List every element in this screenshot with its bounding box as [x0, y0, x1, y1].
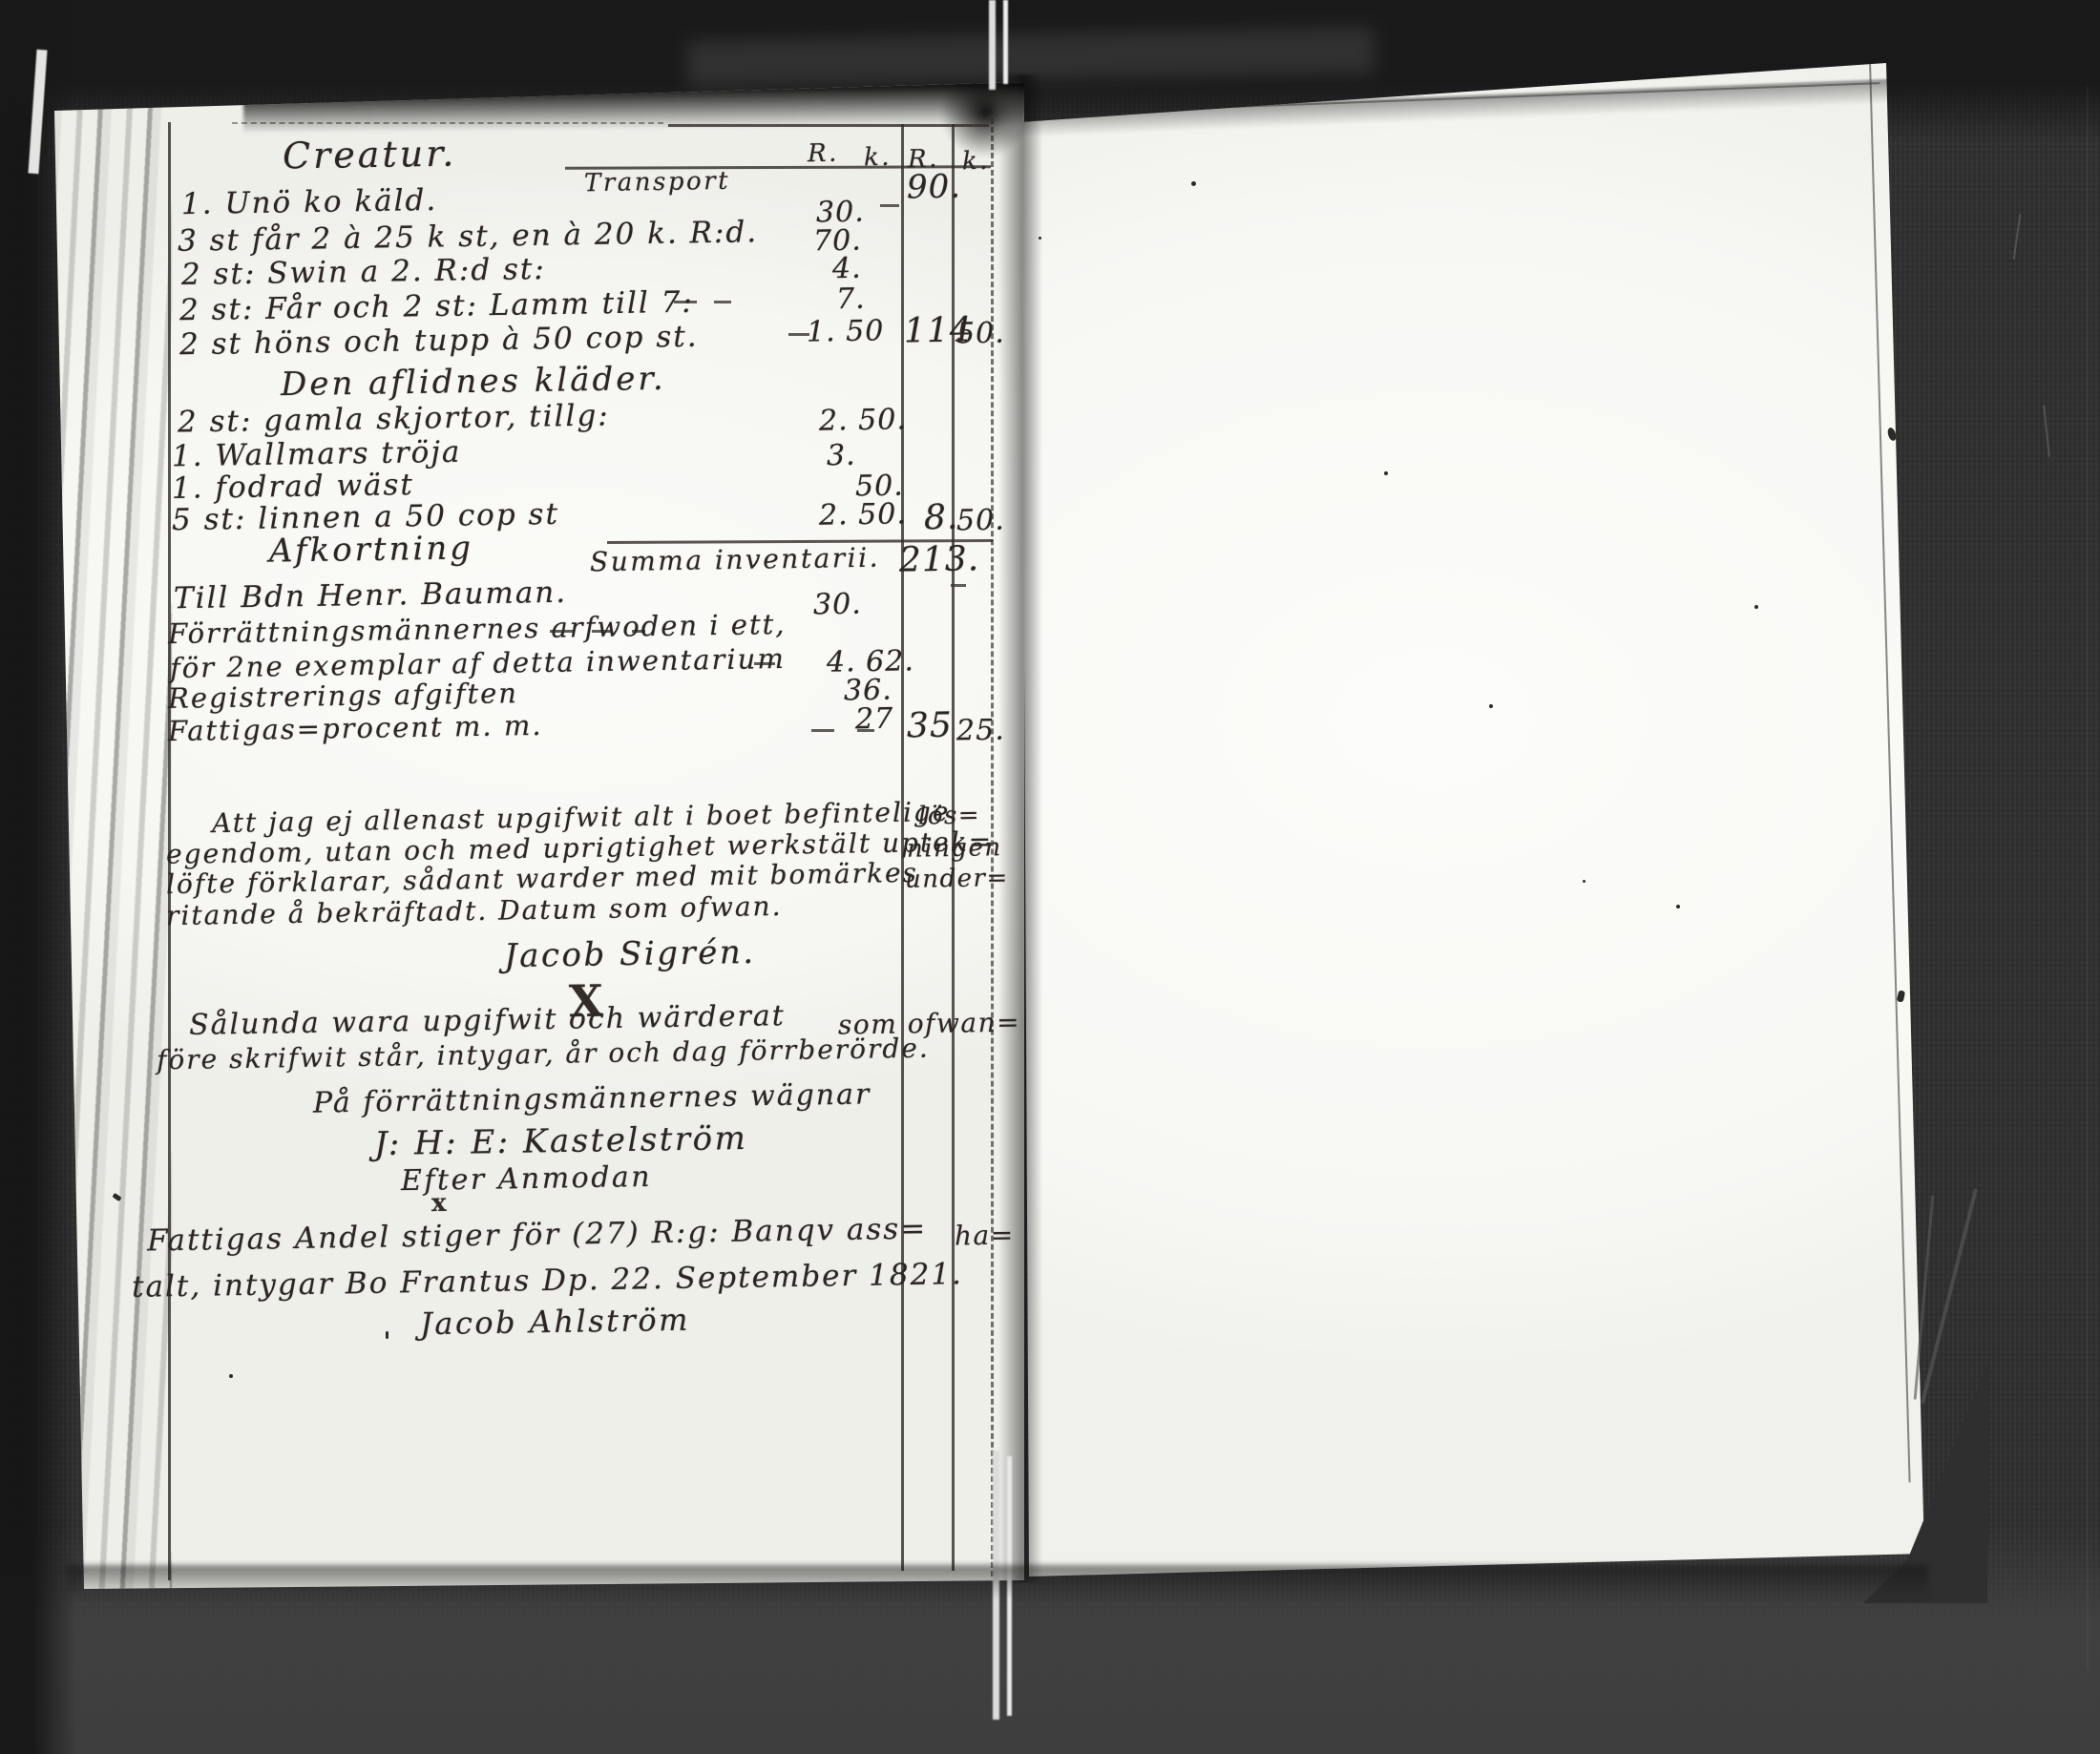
header-underline: [565, 165, 991, 170]
ink-speck: [229, 1374, 233, 1378]
money-column-rule-2: [952, 124, 955, 1571]
ink-speck: [315, 491, 319, 494]
ink-speck: [112, 1193, 121, 1201]
summa-line: [607, 539, 993, 544]
money-column-rule-dashdot: [991, 118, 994, 1577]
edge-ink-curl: [1885, 427, 1898, 442]
right-page: [1012, 0, 1947, 1598]
leader-dash: [550, 630, 575, 633]
ink-speck: [1039, 237, 1041, 240]
leader-dash: [714, 301, 731, 303]
ink-speck: [1754, 605, 1758, 609]
ink-speck: [1384, 471, 1388, 475]
top-frame-dashed-line: [232, 122, 663, 124]
leader-dash: [857, 729, 874, 732]
leader-dash: [951, 584, 966, 587]
edge-ink-mark: [1897, 990, 1905, 1002]
cover-edge-sliver: [28, 50, 47, 174]
top-band-smudge: [687, 27, 1375, 87]
ink-speck: [1583, 880, 1585, 883]
left-page: [0, 0, 1026, 1598]
book-scan-scene: R.k.R.k.Transport90.Creatur.1. Unö ko kä…: [0, 0, 2100, 1754]
leader-dash: [788, 333, 809, 336]
ink-speck: [1489, 704, 1493, 708]
ink-speck: [1676, 905, 1680, 908]
ribbon-thread: [1921, 1188, 1978, 1404]
leader-dash: [674, 301, 697, 303]
film-scratch: [2043, 405, 2050, 457]
leader-dash: [880, 204, 899, 207]
film-scratch: [2087, 86, 2089, 1670]
leader-dash: [632, 630, 645, 633]
binding-thread-top: [989, 0, 996, 90]
leader-dash: [592, 630, 611, 633]
right-page-frame-top: [1050, 82, 1879, 115]
ink-speck: [386, 1331, 388, 1339]
right-page-frame-right: [1869, 61, 1911, 1482]
film-scratch: [2013, 214, 2022, 260]
page-stack-edges: [50, 86, 172, 1589]
ink-speck: [1191, 181, 1196, 186]
binding-thread-top: [1003, 0, 1008, 84]
leader-dash: [754, 662, 775, 665]
money-column-rule-1: [901, 124, 904, 1571]
column-bracket-line: [668, 124, 989, 127]
right-page-top-speckle: [1017, 78, 1904, 137]
leader-dash: [811, 729, 834, 732]
margin-rule: [168, 122, 171, 1580]
